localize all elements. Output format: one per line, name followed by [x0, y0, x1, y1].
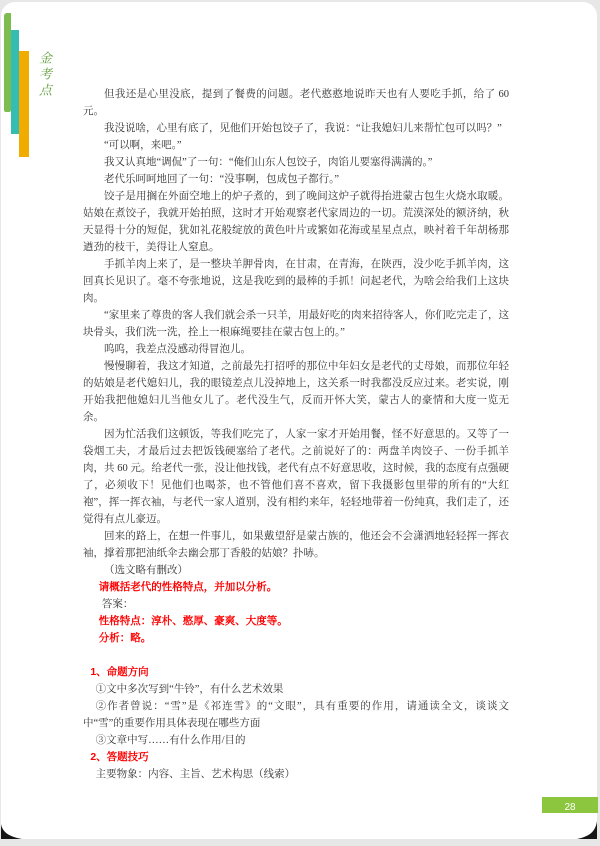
decor-bar-green — [4, 13, 11, 112]
paragraph: “家里来了尊贵的客人我们就会杀一只羊，用最好吃的肉来招待客人，你们吃完走了，这块… — [83, 307, 509, 341]
page-number: 28 — [564, 802, 575, 813]
paragraph: 分析：略。 — [83, 630, 509, 647]
page-number-badge: 28 — [542, 797, 598, 813]
page-curl-bottom-right-icon — [577, 821, 597, 839]
paragraph: 回来的路上，在想一件事儿，如果戴望舒是蒙古族的，他还会不会潇洒地轻轻挥一挥衣袖，… — [83, 528, 509, 562]
paragraph: 性格特点：淳朴、憨厚、豪爽、大度等。 — [83, 613, 509, 630]
spacer — [83, 647, 509, 664]
paragraph: ③文章中写……有什么作用/目的 — [83, 732, 509, 749]
paragraph: 手抓羊肉上来了，是一整块羊胛骨肉，在甘肃，在青海，在陕西，没少吃手抓羊肉，这回真… — [83, 256, 509, 307]
content-column: 但我还是心里没底，提到了餐费的问题。老代憨憨地说昨天也有人要吃手抓，给了 60 … — [83, 86, 509, 783]
book-page: 金考点 但我还是心里没底，提到了餐费的问题。老代憨憨地说昨天也有人要吃手抓，给了… — [1, 2, 597, 839]
page-curl-bottom-left-icon — [1, 824, 22, 839]
paragraph: 我又认真地“调侃”了一句：“俺们山东人包饺子，肉馅儿要塞得满满的。” — [83, 154, 509, 171]
paragraph: 我没说啥，心里有底了，见他们开始包饺子了，我说：“让我媳妇儿来帮忙包可以吗？” — [83, 120, 509, 137]
paragraph: 2、答题技巧 — [83, 749, 509, 766]
paragraph: 慢慢聊着，我这才知道，之前最先打招呼的那位中年妇女是老代的丈母娘，而那位年轻的姑… — [83, 358, 509, 426]
paragraph: 1、命题方向 — [83, 664, 509, 681]
paragraph: ②作者曾说：“雪”是《祁连雪》的“文眼”，具有重要的作用，请通读全文，谈谈文中“… — [83, 698, 509, 732]
paragraph: （选文略有删改） — [83, 562, 509, 579]
paragraph: ①文中多次写到“牛铃”，有什么艺术效果 — [83, 681, 509, 698]
paragraph: 饺子是用搁在外面空地上的炉子煮的，到了晚间这炉子就得抬进蒙古包生火烧水取暖。姑娘… — [83, 188, 509, 256]
brand-logo-jinkaodian: 金考点 — [36, 51, 51, 99]
paragraph: 答案： — [83, 596, 509, 613]
paragraph: 主要物象：内容、主旨、艺术构思（线索） — [83, 766, 509, 783]
paragraph: “可以啊，来吧。” — [83, 137, 509, 154]
paragraph: 但我还是心里没底，提到了餐费的问题。老代憨憨地说昨天也有人要吃手抓，给了 60 … — [83, 86, 509, 120]
paragraph: 请概括老代的性格特点，并加以分析。 — [83, 579, 509, 596]
paragraph: 因为忙活我们这顿饭，等我们吃完了，人家一家才开始用餐，怪不好意思的。又等了一袋烟… — [83, 426, 509, 528]
page-background: 金考点 但我还是心里没底，提到了餐费的问题。老代憨憨地说昨天也有人要吃手抓，给了… — [0, 0, 600, 846]
decor-bar-yellow — [19, 51, 29, 157]
paragraph: 老代乐呵呵地回了一句：“没事啊，包成包子都行。” — [83, 171, 509, 188]
paragraph: 呜呜，我差点没感动得冒泡儿。 — [83, 341, 509, 358]
decor-bar-teal — [11, 30, 19, 134]
